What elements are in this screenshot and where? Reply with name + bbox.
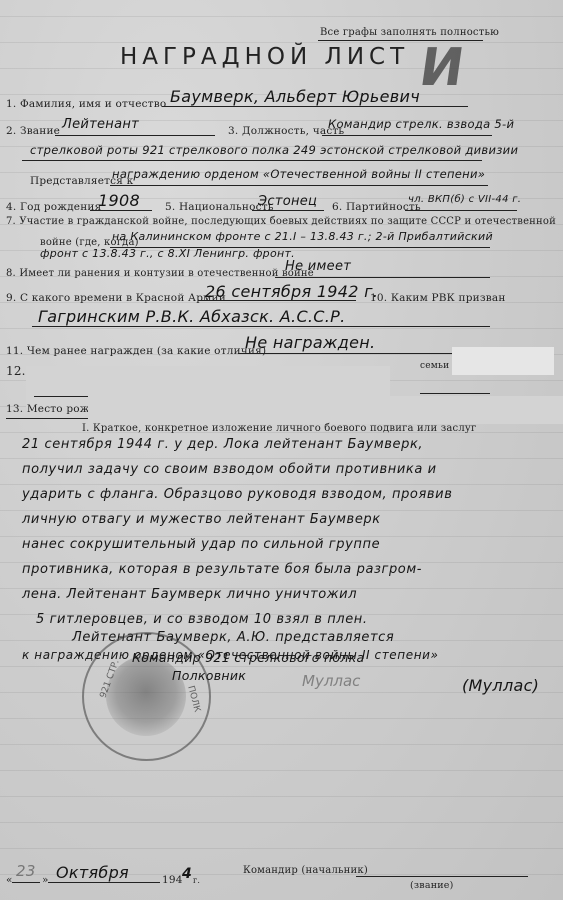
narrative-line: получил задачу со своим взводом обойти п… — [22, 462, 437, 477]
field-3-value-line2: стрелковой роты 921 стрелкового полка 24… — [30, 143, 518, 157]
field-10-value: Гагринским Р.В.К. Абхазск. А.С.С.Р. — [38, 307, 346, 326]
footer-commander-line — [356, 876, 528, 877]
date-month: Октября — [56, 863, 129, 882]
field-5-value: Эстонец — [258, 194, 317, 209]
nominated-line — [110, 185, 488, 186]
nominated-value: награждению орденом «Отечественной войны… — [112, 167, 485, 181]
field-1-line — [162, 106, 468, 107]
date-month-line — [48, 882, 160, 883]
narrative-line: 5 гитлеровцев, и со взводом 10 взял в пл… — [36, 612, 368, 627]
document-title: НАГРАДНОЙ ЛИСТ — [120, 44, 409, 70]
field-4-label: 4. Год рождения — [6, 201, 101, 213]
field-7-value-line1: на Калининском фронте с 21.I – 13.8.43 г… — [112, 230, 493, 243]
date-open-quote: « — [6, 874, 13, 886]
narrative-line: нанес сокрушительный удар по сильной гру… — [22, 537, 380, 552]
field-11-label: 11. Чем ранее награжден (за какие отличи… — [6, 345, 266, 357]
field-3-value-line1: Командир стрелк. взвода 5-й — [328, 117, 514, 131]
field-7-label-line1: 7. Участие в гражданской войне, последую… — [6, 216, 556, 227]
field-2-value: Лейтенант — [62, 117, 139, 132]
date-year-prefix: 194 — [162, 874, 183, 886]
field-6-line — [405, 210, 517, 211]
field-9-label: 9. С какого времени в Красной Армии — [6, 292, 226, 304]
date-close-quote: » — [42, 874, 49, 886]
field-4-value: 1908 — [98, 191, 140, 210]
date-year-g: г. — [193, 876, 200, 885]
field-8-line — [275, 277, 490, 278]
stamp-text-right: ПОЛК — [185, 685, 202, 714]
field-13-redaction — [88, 396, 563, 424]
field-12-right-line — [420, 393, 490, 394]
narrative-heading: I. Краткое, конкретное изложение личного… — [82, 423, 476, 434]
footer-rank-caption: (звание) — [410, 880, 454, 891]
field-12-label-right: семьи — [420, 361, 449, 371]
narrative-line: 21 сентября 1944 г. у дер. Лока лейтенан… — [22, 437, 423, 452]
field-2-line — [55, 135, 215, 136]
field-3-line2 — [22, 160, 482, 161]
narrative-line: ударить с фланга. Образцово руководя взв… — [22, 487, 452, 502]
field-13-underline — [6, 418, 88, 419]
field-11-line — [238, 353, 488, 354]
award-sheet: Все графы заполнять полностью НАГРАДНОЙ … — [0, 0, 563, 900]
narrative-line: противника, которая в результате боя был… — [22, 562, 422, 577]
date-year-suffix: 4 — [182, 866, 192, 882]
commander-title-line1: Командир 921 стрелкового полка — [132, 650, 364, 665]
date-day: 23 — [16, 862, 36, 880]
field-3-line1 — [322, 135, 492, 136]
commander-title-line2: Полковник — [172, 668, 246, 683]
field-9-line — [198, 300, 356, 301]
field-6-value: чл. ВКП(б) с VII-44 г. — [408, 194, 521, 205]
field-4-line — [90, 210, 152, 211]
footer-commander-label: Командир (начальник) — [243, 865, 368, 876]
field-10-line — [32, 326, 490, 327]
field-12-right-redaction — [452, 347, 554, 375]
field-7-value-line2: фронт с 13.8.43 г., с 8.XI Ленингр. фрон… — [40, 247, 295, 260]
field-8-value: Не имеет — [285, 259, 351, 274]
commander-signature: Муллас — [302, 672, 360, 690]
field-1-value: Баумверк, Альберт Юрьевич — [170, 87, 420, 106]
field-5-line — [252, 210, 324, 211]
field-10-label: 10. Каким РВК призван — [370, 292, 506, 304]
narrative-line: лена. Лейтенант Баумверк лично уничтожил — [22, 587, 357, 602]
fill-all-fields-note: Все графы заполнять полностью — [320, 27, 499, 38]
field-2-label: 2. Звание — [6, 125, 60, 137]
pencil-mark: И — [416, 38, 468, 98]
commander-name: (Муллас) — [462, 676, 539, 695]
date-day-line — [12, 882, 40, 883]
field-12-label: 12. — [6, 364, 26, 378]
field-11-value: Не награжден. — [245, 333, 375, 352]
field-8-label: 8. Имеет ли ранения и контузии в отечест… — [6, 268, 314, 279]
field-1-label: 1. Фамилия, имя и отчество — [6, 98, 166, 110]
field-9-value: 26 сентября 1942 г. — [205, 282, 378, 301]
narrative-line: личную отвагу и мужество лейтенант Баумв… — [22, 512, 381, 527]
